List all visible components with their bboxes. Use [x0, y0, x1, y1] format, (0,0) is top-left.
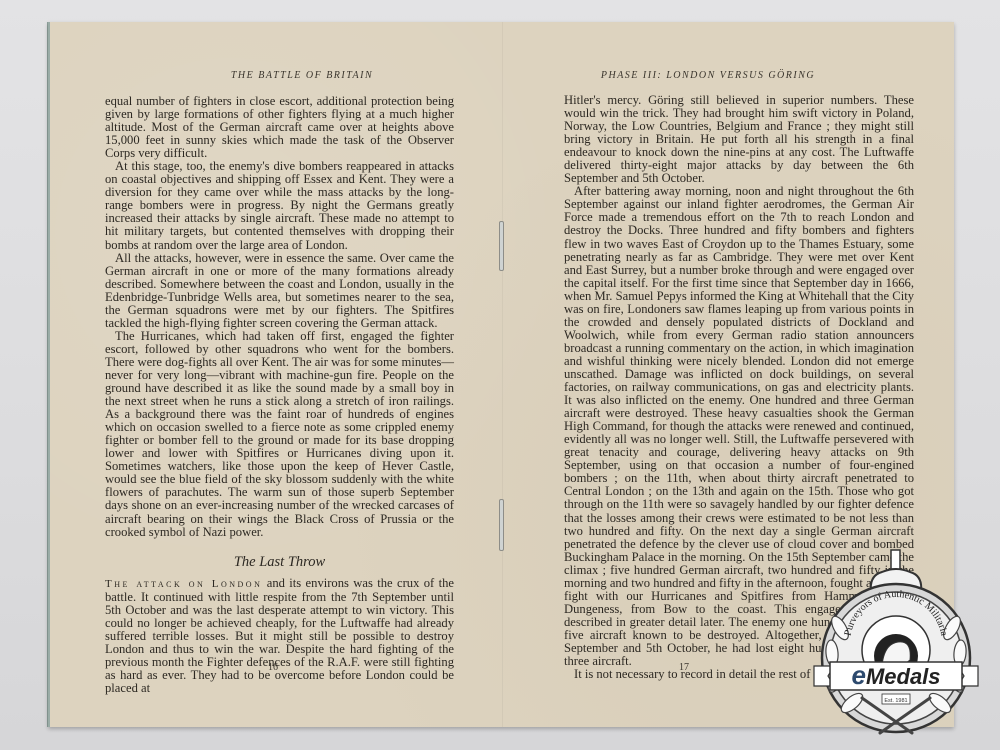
running-head-left: THE BATTLE OF BRITAIN [102, 70, 502, 81]
paragraph: equal number of fighters in close escort… [105, 95, 454, 160]
paragraph: At this stage, too, the enemy's dive bom… [105, 160, 454, 251]
svg-text:Est. 1981: Est. 1981 [884, 698, 907, 704]
section-paragraph: The attack on London and its environs wa… [105, 577, 454, 695]
left-page: THE BATTLE OF BRITAIN equal number of fi… [50, 22, 502, 727]
section-text: and its environs was the crux of the bat… [105, 576, 454, 695]
running-head-right: PHASE III: LONDON VERSUS GÖRING [502, 70, 914, 81]
page-number-right: 17 [679, 662, 689, 673]
laurel-crest-icon: Purveyors of Authentic Militaria eMedals… [812, 548, 980, 738]
paragraph: The Hurricanes, which had taken off firs… [105, 330, 454, 539]
emedals-watermark-badge: Purveyors of Authentic Militaria eMedals… [812, 548, 980, 738]
section-lead-smallcaps: The attack on London [105, 578, 262, 590]
section-heading: The Last Throw [105, 556, 454, 569]
page-number-left: 16 [268, 662, 278, 673]
left-page-body: equal number of fighters in close escort… [105, 95, 454, 695]
svg-text:eMedals: eMedals [851, 660, 940, 690]
paragraph: Hitler's mercy. Göring still believed in… [564, 94, 914, 185]
paragraph: All the attacks, however, were in essenc… [105, 252, 454, 330]
